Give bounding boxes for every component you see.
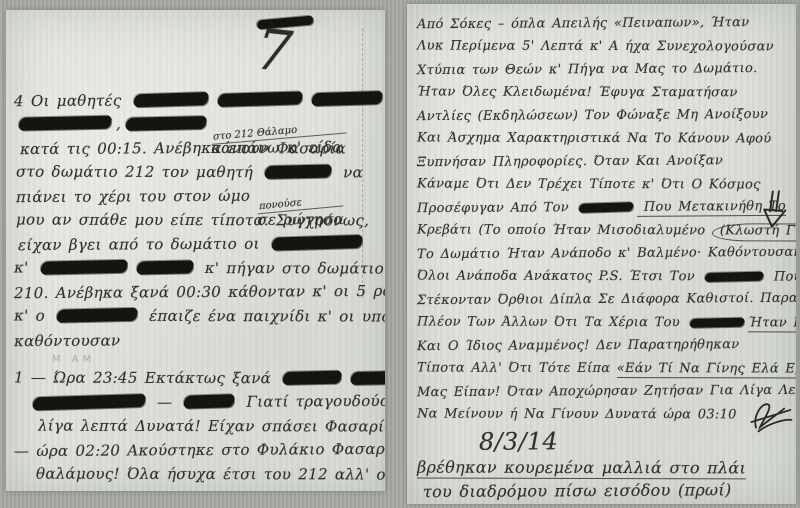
- redaction-mark: [311, 91, 382, 106]
- redaction-mark: [705, 272, 764, 282]
- handwriting-line: στο δωμάτιο 212 τον μαθητή να: [14, 160, 385, 185]
- right-page-lines: Από Σόκες – όπλα Απειλής «Πειναπων», Ήτα…: [417, 12, 796, 502]
- redaction-mark: [690, 318, 745, 328]
- redaction-mark: [133, 92, 208, 107]
- handwriting-line: Τίποτα Αλλ' Ότι Τότε Είπα «Εάν Τί Να Γίν…: [417, 357, 796, 381]
- handwriting-line: — ώρα 02:20 Ακούστηκε στο Φυλάκιο Φασαρί…: [14, 437, 385, 463]
- handwriting-line: ,στο 212 Θάλαμοκάνουν Φασαρία: [14, 112, 385, 137]
- handwriting-line: Στέκονταν Όρθιοι Δίπλα Σε Διάφορα Καθιστ…: [417, 287, 796, 312]
- redaction-mark: [33, 394, 146, 410]
- handwritten-text: Που: [767, 269, 796, 284]
- handwritten-text: Ήταν Όλες Κλειδωμένα! Έφυγα Σταματήσαν: [417, 85, 738, 101]
- redaction-mark: [136, 260, 193, 274]
- handwriting-line: 210. Ανέβηκα ξανά 00:30 κάθονταν κ' οι 5…: [14, 279, 385, 305]
- handwriting-line: Όλοι Ανάποδα Ανάκατος P.S. Έτσι Τον Που: [417, 265, 796, 289]
- redaction-mark: [57, 308, 138, 323]
- handwritten-text: Και Άσχημα Χαρακτηριστικά Να Το Κάνουν Α…: [417, 131, 772, 147]
- handwriting-line: είχαν βγει από το δωμάτιο οι: [14, 231, 385, 257]
- handwriting-line: Ήταν Όλες Κλειδωμένα! Έφυγα Σταματήσαν: [417, 81, 796, 105]
- handwritten-text: 8/3/14: [479, 427, 558, 455]
- handwriting-line: καθόντουσαν: [14, 327, 385, 353]
- handwriting-line: λίγα λεπτά Δυνατά! Είχαν σπάσει Φασαρία …: [14, 414, 385, 439]
- scanned-document: 7 Μ ΑΜ 4 Οι μαθητές ,στο 212 Θάλαμοκάνου…: [0, 0, 800, 508]
- handwritten-text: είχαν βγει από το δωμάτιο οι: [18, 235, 267, 255]
- handwritten-text: Όλοι Ανάποδα Ανάκατος P.S. Έτσι Τον: [417, 269, 701, 285]
- handwriting-line: κατά τις 00:15. Ανέβηκα επάνω κ' είδα: [14, 135, 385, 161]
- handwritten-text: Να Μείνουν ή Να Γίνουν Δυνατά ώρα 03:10: [417, 407, 737, 423]
- handwritten-text: του διαδρόμου πίσω εισόδου (πρωί): [423, 480, 732, 501]
- handwriting-line: Από Σόκες – όπλα Απειλής «Πειναπων», Ήτα…: [417, 11, 796, 36]
- redaction-mark: [18, 116, 111, 131]
- handwriting-line: Ξυπνήσαν Πληροφορίες. Όταν Και Ανοίξαν: [417, 149, 796, 174]
- handwriting-line: μου αν σπάθε μου είπε τίποτα. Συγχρόνως,: [14, 208, 385, 233]
- handwritten-text: Λυκ Περίμενα 5' Λεπτά κ' Α ήχα Συνεχολογ…: [417, 39, 774, 55]
- handwriting-line: Προσέφυγαν Από Τον Που Μετακινήθη Το: [417, 195, 796, 220]
- handwritten-text: Κάναμε Ότι Δεν Τρέχει Τίποτε κ' Ότι Ο Κό…: [417, 177, 761, 193]
- handwritten-text: 210. Ανέβηκα ξανά 00:30 κάθονταν κ' οι 5…: [14, 282, 385, 302]
- handwritten-text: κατά τις 00:15. Ανέβηκα επάνω κ' είδα: [20, 138, 343, 158]
- handwriting-line: Αντλίες (Εκδηλώσεων) Τον Φώναξε Μη Ανοίξ…: [417, 103, 796, 128]
- left-page: 7 Μ ΑΜ 4 Οι μαθητές ,στο 212 Θάλαμοκάνου…: [6, 10, 385, 491]
- handwritten-text: θαλάμους! Όλα ήσυχα έτσι του 212 αλλ' οι…: [36, 465, 385, 484]
- handwritten-text: 1 — Ώρα 23:45 Εκτάκτως ξανά: [14, 369, 278, 388]
- handwriting-line: Κάναμε Ότι Δεν Τρέχει Τίποτε κ' Ότι Ο Κό…: [417, 173, 796, 197]
- redaction-mark: [283, 371, 342, 385]
- handwritten-text: Από Σόκες – όπλα Απειλής «Πειναπων», Ήτα…: [417, 15, 750, 32]
- down-arrow-icon: [756, 186, 794, 238]
- handwriting-line: Κρεβάτι (Το οποίο Ήταν Μισοδιαλυμένο (Κλ…: [417, 219, 796, 243]
- redaction-mark: [184, 394, 235, 409]
- handwritten-text: καθόντουσαν: [14, 331, 120, 350]
- handwriting-line: — Γιατί τραγουδούσαν η ώρα: [14, 389, 385, 415]
- handwritten-text: κ': [14, 259, 36, 277]
- handwriting-line: 8/3/14: [417, 425, 796, 457]
- underlined-text: βρέθηκαν κουρεμένα μαλλιά στο πλάι: [417, 458, 746, 480]
- handwritten-text: κ' ο: [14, 307, 52, 325]
- redaction-mark: [265, 165, 332, 179]
- handwritten-text: πιάνει το χέρι του στον ώμο: [16, 187, 257, 206]
- handwriting-line: κ' κ' πήγαν στο δωμάτιο: [14, 256, 385, 281]
- handwritten-text: να: [336, 163, 363, 181]
- handwriting-line: κ' ο έπαιζε ένα παιχνίδι κ' οι υπόλοιποι: [14, 304, 385, 329]
- handwriting-line: 4 Οι μαθητές: [14, 87, 385, 113]
- handwriting-line: Λυκ Περίμενα 5' Λεπτά κ' Α ήχα Συνεχολογ…: [417, 35, 796, 59]
- handwritten-text: Κρεβάτι (Το οποίο Ήταν Μισοδιαλυμένο: [417, 223, 712, 239]
- handwritten-text: ,: [116, 115, 121, 133]
- handwritten-text: Και Ο Ίδιος Αναμμένος! Δεν Παρατηρήθηκαν: [417, 337, 740, 354]
- handwriting-line: Το Δωμάτιο Ήταν Ανάποδο κ' Βαλμένο· Καθό…: [417, 241, 796, 266]
- underlined-text: Ήταν Κόκκινα: [748, 315, 796, 332]
- signature-icon: [745, 394, 796, 441]
- handwriting-line: Και Άσχημα Χαρακτηριστικά Να Το Κάνουν Α…: [417, 127, 796, 151]
- handwritten-text: κ' πήγαν στο δωμάτιο: [198, 259, 384, 277]
- handwriting-line: Μας Είπαν! Όταν Αποχώρησαν Ζητήσαν Για Λ…: [417, 379, 796, 404]
- handwriting-line: θαλάμους! Όλα ήσυχα έτσι του 212 αλλ' οι…: [14, 462, 385, 487]
- redaction-mark: [351, 371, 385, 385]
- redaction-mark: [579, 202, 634, 213]
- handwritten-text: Μας Είπαν! Όταν Αποχώρησαν Ζητήσαν Για Λ…: [417, 383, 796, 400]
- handwriting-line: 1 — Ώρα 23:45 Εκτάκτως ξανά: [14, 366, 385, 391]
- handwritten-text: —: [150, 393, 180, 411]
- redaction-mark: [217, 91, 302, 107]
- handwritten-text: λίγα λεπτά Δυνατά! Είχαν σπάσει Φασαρία …: [38, 417, 385, 436]
- handwritten-text: Προσέφυγαν Από Τον: [417, 200, 575, 216]
- handwritten-text: Ξυπνήσαν Πληροφορίες. Όταν Και Ανοίξαν: [417, 153, 723, 170]
- redaction-mark: [271, 235, 362, 251]
- handwritten-text: έπαιζε ένα παιχνίδι κ' οι υπόλοιποι: [142, 307, 385, 326]
- left-page-lines: 4 Οι μαθητές ,στο 212 Θάλαμοκάνουν Φασαρ…: [14, 88, 385, 486]
- handwritten-text: Αντλίες (Εκδηλώσεων) Τον Φώναξε Μη Ανοίξ…: [417, 107, 768, 124]
- redaction-mark: [126, 116, 207, 131]
- redaction-mark: [40, 260, 127, 275]
- handwritten-text: Χτύπια των Θεών κ' Πήγα να Μας το Δωμάτι…: [417, 61, 758, 78]
- handwriting-line: του διαδρόμου πίσω εισόδου (πρωί): [417, 479, 796, 503]
- handwritten-text: 4 Οι μαθητές: [14, 91, 129, 110]
- handwriting-line: Πλέον Των Άλλων Ότι Τα Χέρια Του Ήταν Κό…: [417, 311, 796, 335]
- handwriting-line: Και Ο Ίδιος Αναμμένος! Δεν Παρατηρήθηκαν: [417, 333, 796, 358]
- handwritten-text: — ώρα 02:20 Ακούστηκε στο Φυλάκιο Φασαρί…: [14, 439, 385, 460]
- handwritten-text: Γιατί τραγουδούσαν η ώρα: [239, 391, 385, 410]
- handwritten-text: Στέκονταν Όρθιοι Δίπλα Σε Διάφορα Καθιστ…: [417, 291, 796, 309]
- handwriting-line: Χτύπια των Θεών κ' Πήγα να Μας το Δωμάτι…: [417, 57, 796, 82]
- handwritten-text: Τίποτα Αλλ' Ότι Τότε Είπα: [417, 361, 617, 377]
- handwriting-line: βρέθηκαν κουρεμένα μαλλιά στο πλάι: [417, 456, 796, 481]
- handwritten-text: Πλέον Των Άλλων Ότι Τα Χέρια Του: [417, 315, 686, 331]
- handwritten-text: μου αν σπάθε μου είπε τίποτα. Συγχρόνως,: [16, 211, 369, 230]
- handwriting-line: Να Μείνουν ή Να Γίνουν Δυνατά ώρα 03:10: [417, 403, 796, 427]
- right-page: Από Σόκες – όπλα Απειλής «Πειναπων», Ήτα…: [407, 4, 796, 504]
- handwritten-text: Το Δωμάτιο Ήταν Ανάποδο κ' Βαλμένο· Καθό…: [417, 245, 796, 262]
- handwriting-line: πιάνει το χέρι του στον ώμο πονούσεσε ρώ…: [14, 183, 385, 209]
- underlined-text: «Εάν Τί Να Γίνης Ελά Ε;»: [617, 361, 796, 379]
- page-number: 7: [253, 22, 294, 81]
- handwritten-text: στο δωμάτιο 212 τον μαθητή: [16, 163, 260, 182]
